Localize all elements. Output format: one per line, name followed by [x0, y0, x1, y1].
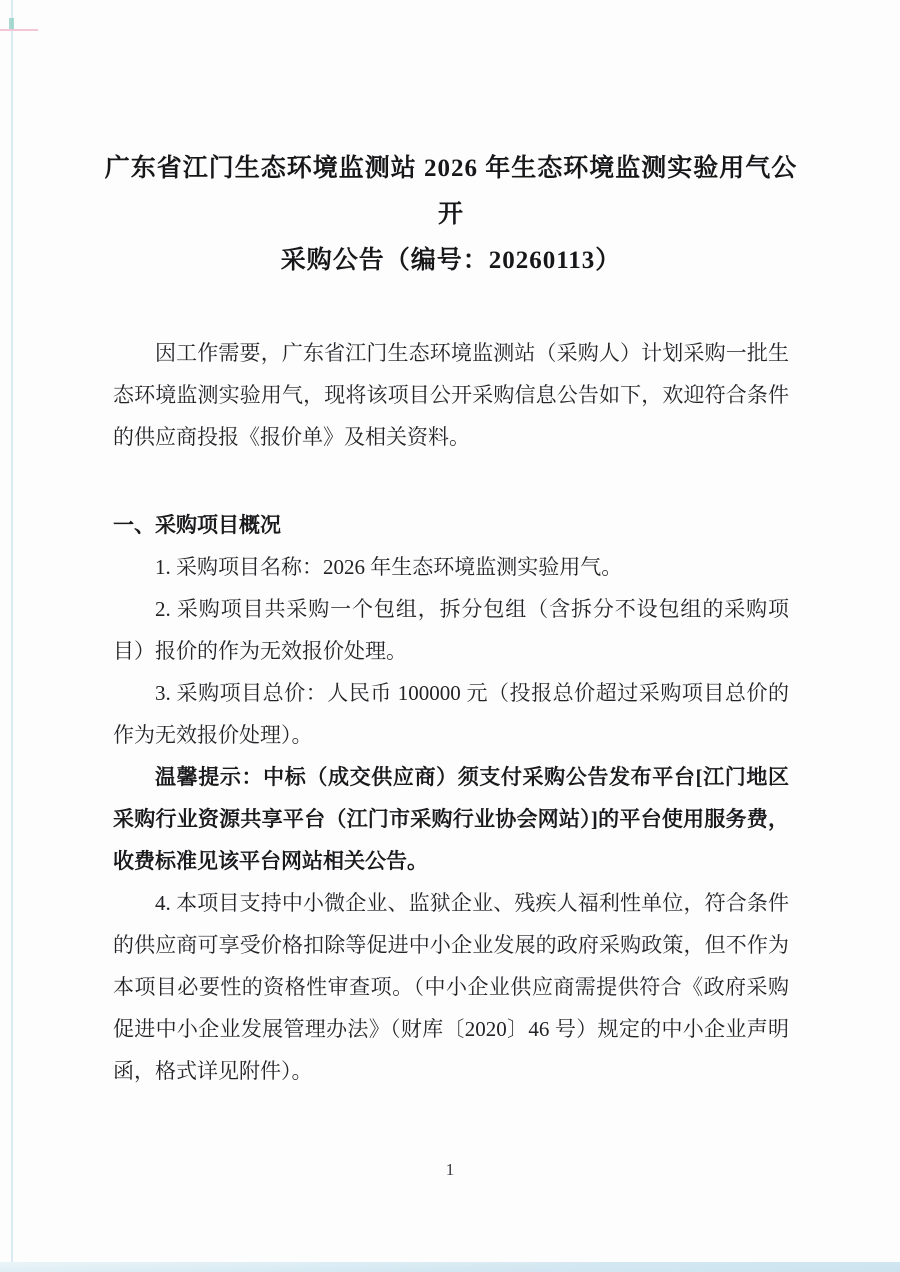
item-2-package-rule: 2. 采购项目共采购一个包组，拆分包组（含拆分不设包组的采购项目）报价的作为无效…	[113, 588, 789, 672]
document-page: 广东省江门生态环境监测站 2026 年生态环境监测实验用气公开 采购公告（编号：…	[0, 0, 900, 1272]
title-line-1: 广东省江门生态环境监测站 2026 年生态环境监测实验用气公开	[95, 146, 807, 238]
notice-paragraph: 温馨提示：中标（成交供应商）须支付采购公告发布平台[江门地区采购行业资源共享平台…	[113, 756, 789, 882]
intro-paragraph: 因工作需要，广东省江门生态环境监测站（采购人）计划采购一批生态环境监测实验用气，…	[113, 332, 789, 458]
item-1-project-name: 1. 采购项目名称：2026 年生态环境监测实验用气。	[113, 546, 789, 588]
scan-artifact-bottom-band	[0, 1262, 900, 1272]
scan-artifact-pink-line	[0, 29, 38, 31]
item-4-sme-policy: 4. 本项目支持中小微企业、监狱企业、残疾人福利性单位，符合条件的供应商可享受价…	[113, 882, 789, 1092]
document-content: 广东省江门生态环境监测站 2026 年生态环境监测实验用气公开 采购公告（编号：…	[113, 146, 789, 1092]
section-heading-project-overview: 一、采购项目概况	[113, 504, 789, 546]
title-line-2: 采购公告（编号：20260113）	[95, 238, 807, 284]
document-title: 广东省江门生态环境监测站 2026 年生态环境监测实验用气公开 采购公告（编号：…	[95, 146, 807, 284]
item-3-total-price: 3. 采购项目总价：人民币 100000 元（投报总价超过采购项目总价的作为无效…	[113, 672, 789, 756]
scan-artifact-vertical-line	[11, 0, 13, 1272]
page-number: 1	[0, 1160, 900, 1180]
